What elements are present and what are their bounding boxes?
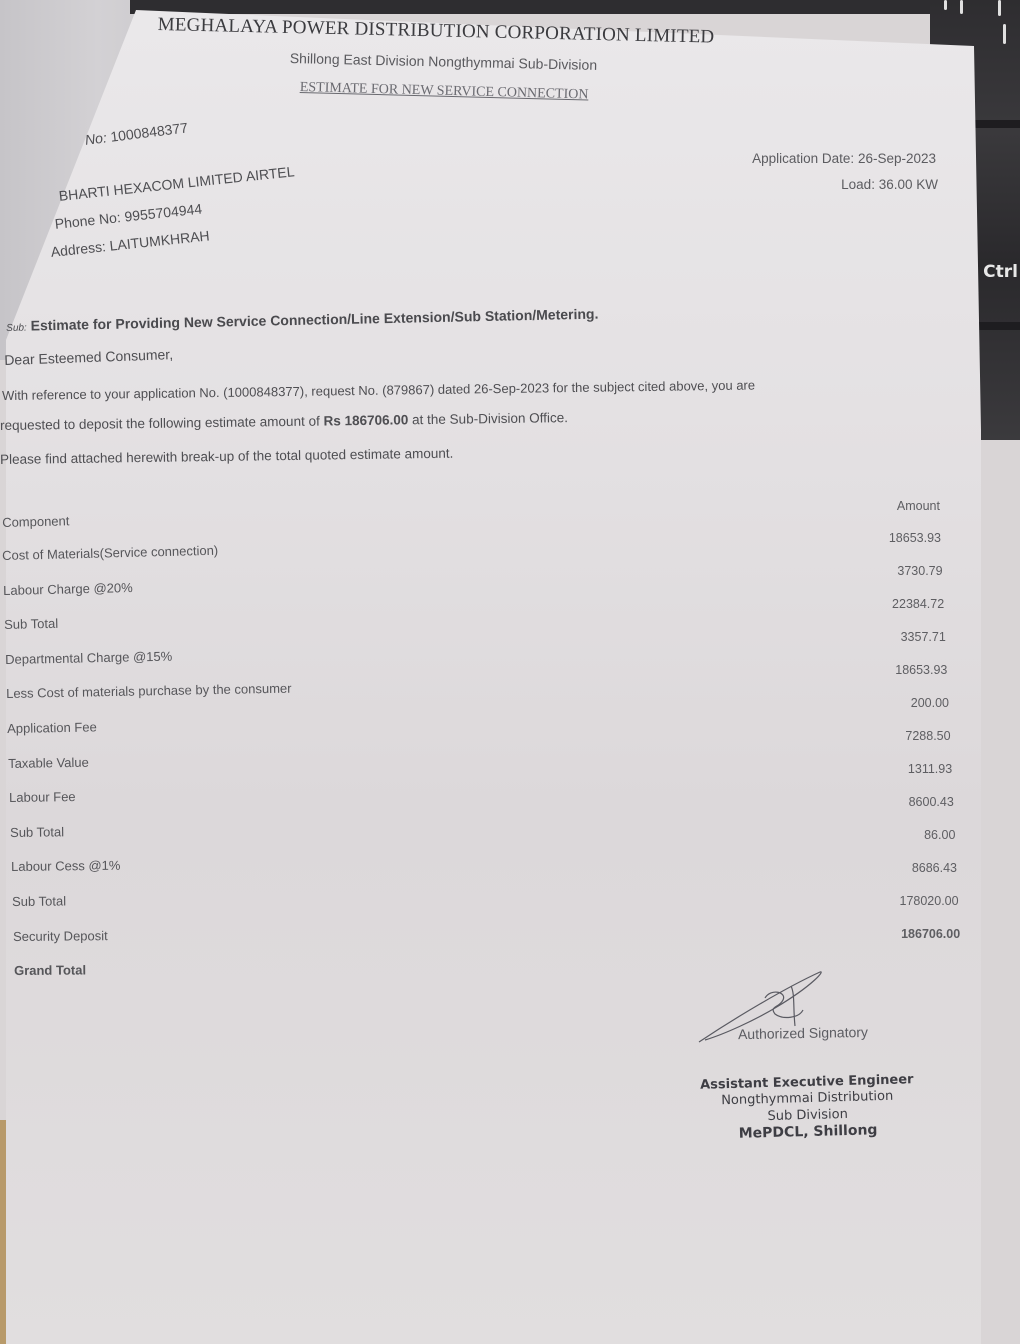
letter-line-3: Please find attached herewith break-up o… bbox=[0, 446, 453, 467]
load: Load: 36.00 KW bbox=[841, 177, 938, 192]
subject-label: Sub: bbox=[6, 323, 27, 334]
table-row-amount: 3357.71 bbox=[826, 630, 946, 644]
letter-line-2: requested to deposit the following estim… bbox=[0, 410, 568, 433]
table-row-amount: 18653.93 bbox=[821, 531, 941, 545]
table-row-component: Less Cost of materials purchase by the c… bbox=[6, 681, 292, 701]
application-number-label: No: bbox=[84, 129, 108, 148]
address-label: Address: bbox=[50, 238, 107, 260]
letter-line-2-start: requested to deposit the following estim… bbox=[0, 413, 324, 433]
phone-number: Phone No: 9955704944 bbox=[54, 201, 203, 232]
application-number: No: 1000848377 bbox=[84, 119, 189, 148]
phone-label: Phone No: bbox=[54, 209, 121, 232]
table-row-component: Sub Total bbox=[10, 824, 64, 840]
table-row-component: Cost of Materials(Service connection) bbox=[2, 543, 218, 563]
table-row-component: Application Fee bbox=[7, 719, 97, 736]
application-date-label: Application Date: bbox=[752, 151, 854, 166]
organization-name: MEGHALAYA POWER DISTRIBUTION CORPORATION… bbox=[158, 14, 715, 49]
address-value: LAITUMKHRAH bbox=[109, 227, 210, 253]
table-row-component: Labour Cess @1% bbox=[11, 858, 120, 874]
table-row-amount: 1311.93 bbox=[832, 762, 952, 776]
table-row-amount: 178020.00 bbox=[839, 894, 959, 908]
table-row-component: Departmental Charge @15% bbox=[5, 648, 172, 666]
letter-line-2-end: at the Sub-Division Office. bbox=[408, 410, 568, 427]
letter-line-1: With reference to your application No. (… bbox=[2, 377, 755, 403]
salutation: Dear Esteemed Consumer, bbox=[4, 346, 173, 368]
document-title: ESTIMATE FOR NEW SERVICE CONNECTION bbox=[300, 80, 589, 104]
table-row-amount: 8600.43 bbox=[834, 795, 954, 809]
table-row-component: Security Deposit bbox=[13, 928, 108, 944]
address: Address: LAITUMKHRAH bbox=[50, 227, 210, 260]
table-row-amount: 186706.00 bbox=[840, 927, 960, 941]
letter-subject: Sub: Estimate for Providing New Service … bbox=[6, 306, 599, 334]
officer-stamp: Assistant Executive Engineer Nongthymmai… bbox=[699, 1072, 916, 1144]
consumer-name: BHARTI HEXACOM LIMITED AIRTEL bbox=[58, 163, 295, 204]
application-date-value: 26-Sep-2023 bbox=[858, 151, 936, 166]
load-value: 36.00 KW bbox=[879, 177, 938, 192]
table-row-amount: 18653.93 bbox=[827, 663, 947, 677]
table-row-amount: 200.00 bbox=[829, 696, 949, 710]
application-number-value: 1000848377 bbox=[109, 119, 188, 144]
division-name: Shillong East Division Nongthymmai Sub-D… bbox=[290, 50, 598, 73]
table-row-amount: 8686.43 bbox=[837, 861, 957, 875]
authorized-signatory: Authorized Signatory bbox=[738, 1024, 868, 1042]
table-row-component: Sub Total bbox=[12, 893, 66, 909]
table-row-component: Taxable Value bbox=[8, 754, 89, 770]
table-row-component: Grand Total bbox=[14, 963, 86, 979]
table-row-amount: 3730.79 bbox=[823, 564, 943, 578]
phone-value: 9955704944 bbox=[124, 201, 203, 225]
estimate-amount: Rs 186706.00 bbox=[323, 412, 408, 428]
table-row-component: Labour Charge @20% bbox=[3, 580, 133, 598]
table-row-amount: 7288.50 bbox=[831, 729, 951, 743]
table-row-amount: 86.00 bbox=[835, 828, 955, 842]
subject-text: Estimate for Providing New Service Conne… bbox=[30, 306, 598, 334]
column-header-component: Component bbox=[2, 513, 70, 530]
application-date: Application Date: 26-Sep-2023 bbox=[752, 151, 936, 166]
table-row-component: Sub Total bbox=[4, 616, 58, 632]
column-header-amount: Amount bbox=[820, 499, 940, 513]
estimate-document: MEGHALAYA POWER DISTRIBUTION CORPORATION… bbox=[0, 0, 1020, 1344]
table-row-component: Labour Fee bbox=[9, 789, 76, 805]
load-label: Load: bbox=[841, 177, 875, 192]
table-row-amount: 22384.72 bbox=[824, 597, 944, 611]
